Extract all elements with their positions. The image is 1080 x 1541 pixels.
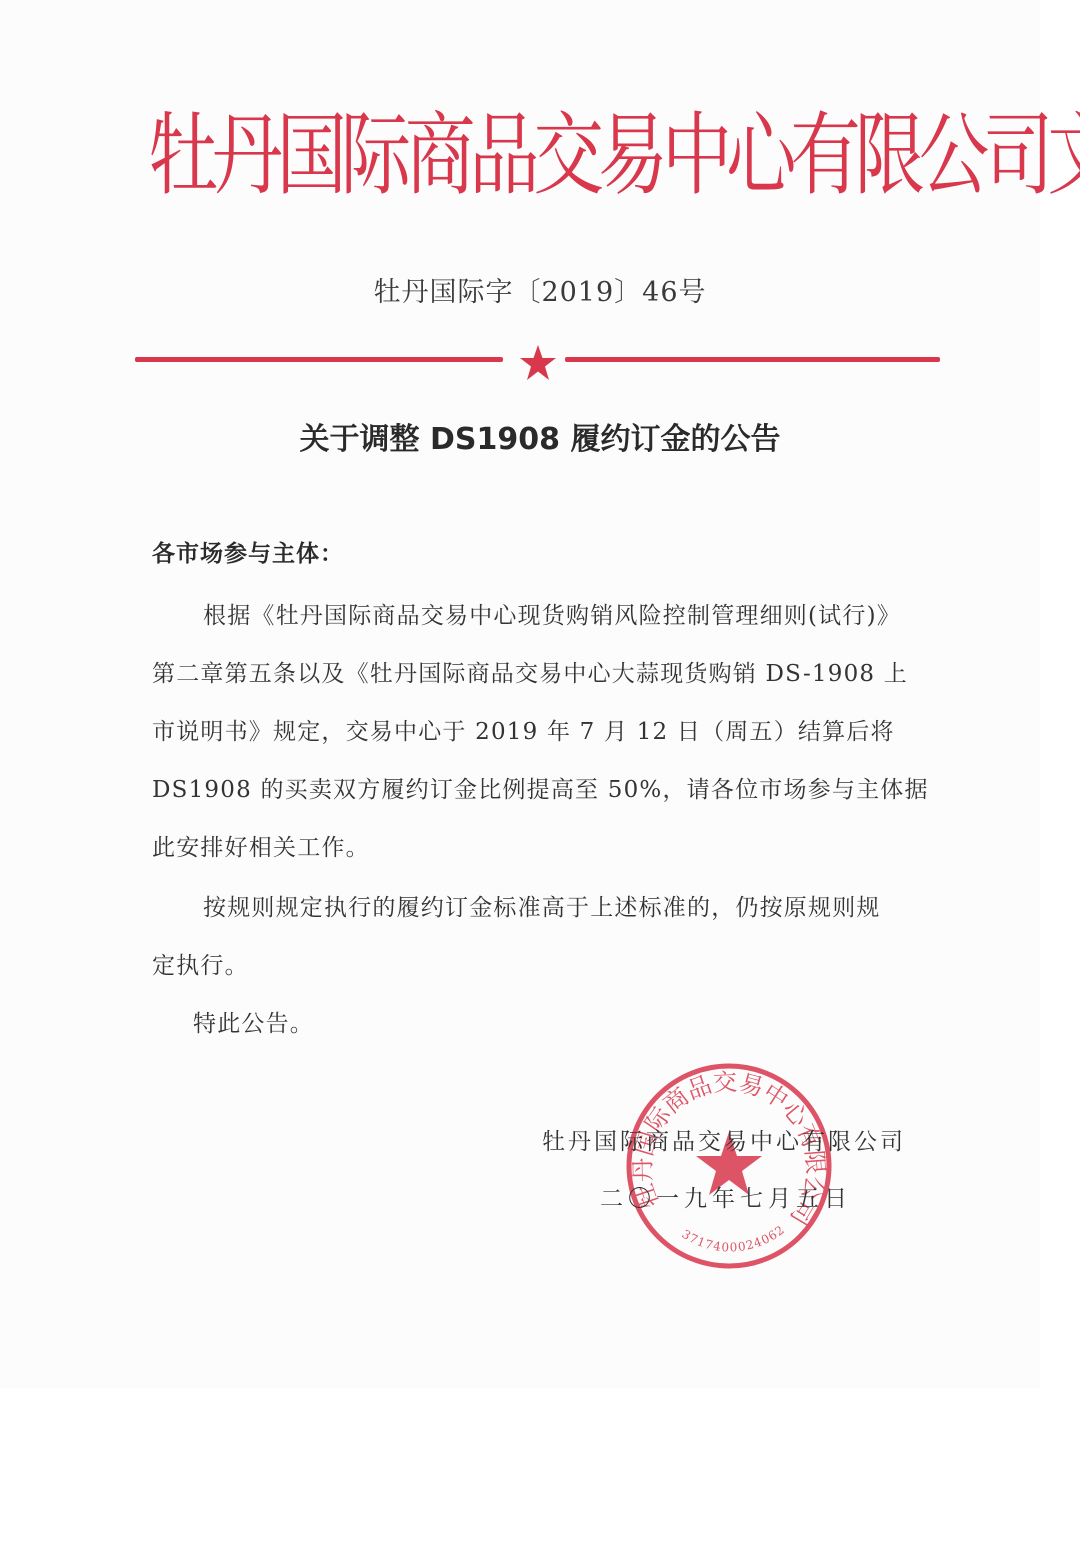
notice-title: 关于调整 DS1908 履约订金的公告	[0, 414, 1080, 458]
closing-line: 特此公告。	[193, 1005, 314, 1038]
body-line: 此安排好相关工作。	[152, 829, 370, 862]
red-rule-right	[565, 357, 940, 362]
signature-date: 二〇一九年七月五日	[600, 1180, 852, 1213]
star-icon	[518, 343, 558, 383]
body-line: 定执行。	[152, 947, 249, 980]
salutation: 各市场参与主体：	[152, 535, 344, 568]
red-rule-left	[135, 357, 503, 362]
document-number: 牡丹国际字〔2019〕46号	[0, 270, 1080, 309]
body-line: 第二章第五条以及《牡丹国际商品交易中心大蒜现货购销 DS-1908 上	[152, 655, 908, 688]
svg-text:3717400024062: 3717400024062	[679, 1222, 787, 1254]
company-seal: 牡丹国际商品交易中心有限公司 3717400024062	[623, 1060, 835, 1272]
signature-company: 牡丹国际商品交易中心有限公司	[542, 1123, 906, 1156]
body-line: DS1908 的买卖双方履约订金比例提高至 50%，请各位市场参与主体据	[152, 771, 929, 804]
body-line: 按规则规定执行的履约订金标准高于上述标准的，仍按原规则规	[203, 889, 881, 922]
body-line: 根据《牡丹国际商品交易中心现货购销风险控制管理细则(试行)》	[203, 597, 901, 630]
masthead: 牡丹国际商品交易中心有限公司文件	[148, 89, 848, 223]
body-line: 市说明书》规定，交易中心于 2019 年 7 月 12 日（周五）结算后将	[152, 713, 895, 746]
